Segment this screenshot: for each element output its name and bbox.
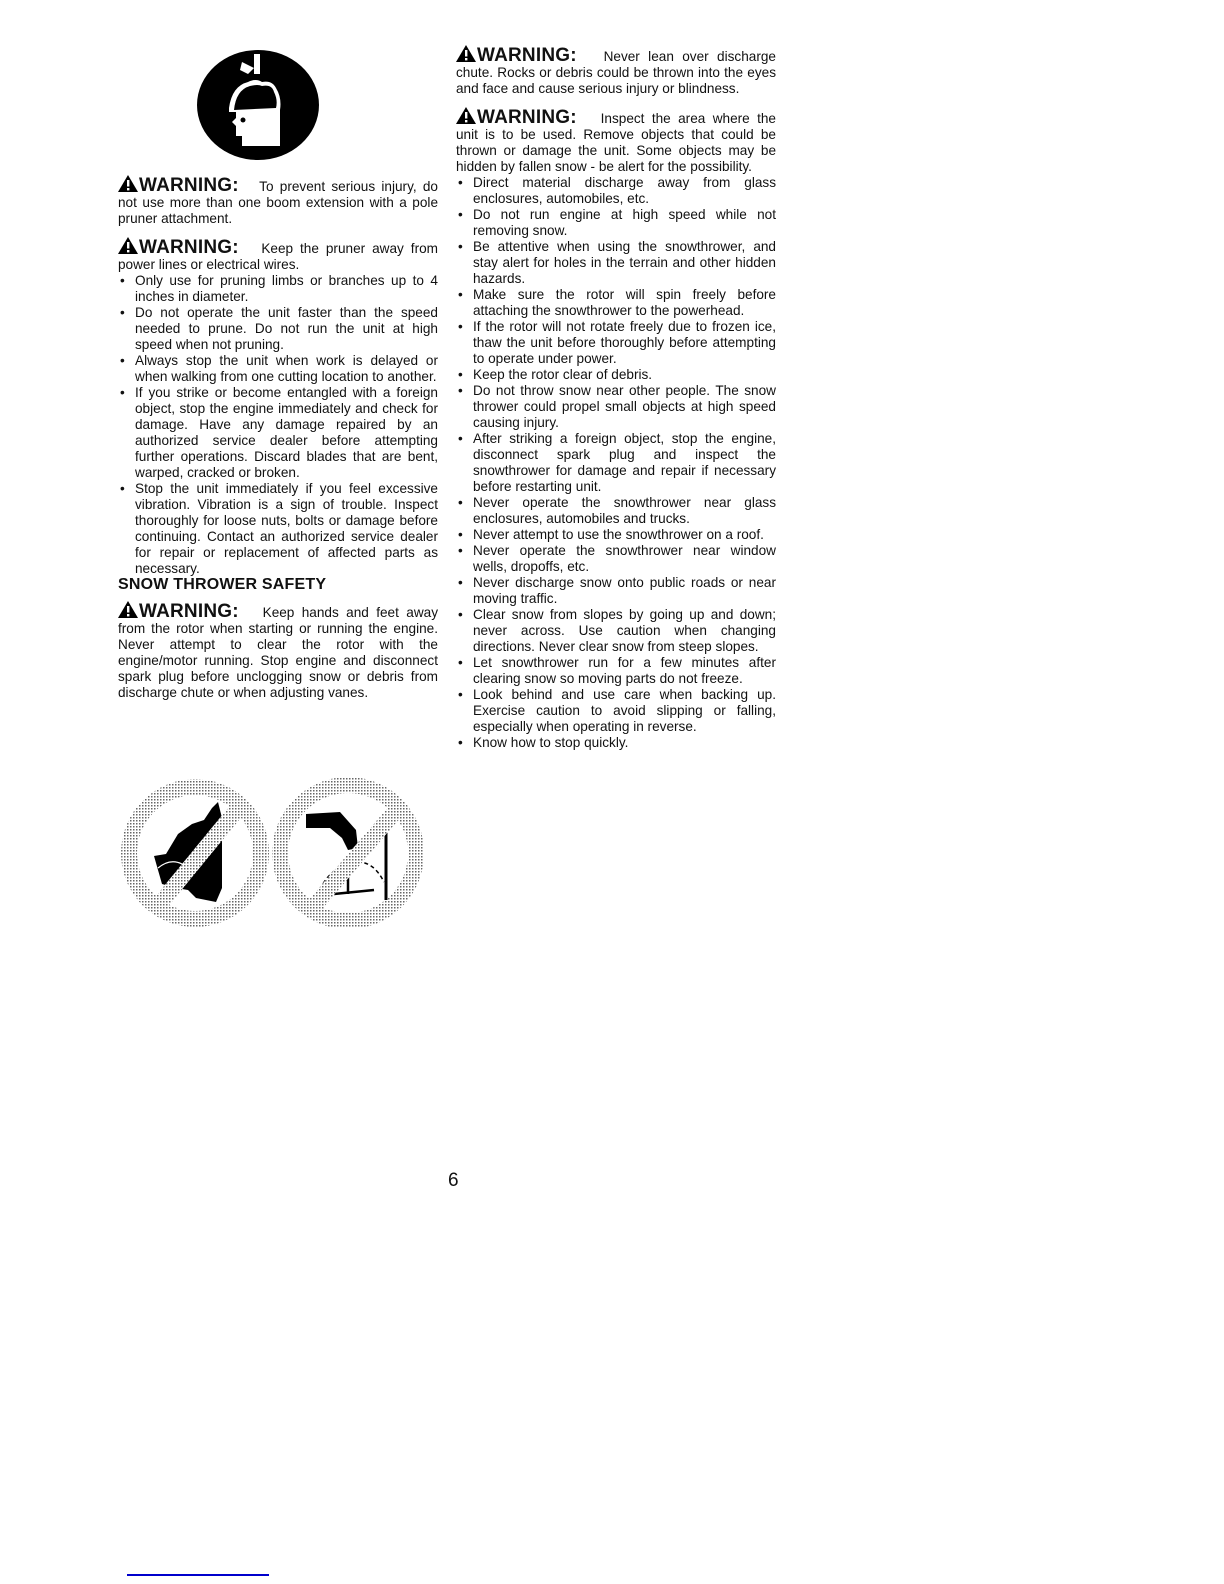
warning-triangle-icon: [118, 175, 138, 192]
list-item: Direct material discharge away from glas…: [456, 175, 776, 207]
warning-discharge-chute: WARNING: Never lean over discharge chute…: [456, 45, 776, 97]
list-item: If you strike or become entangled with a…: [118, 385, 438, 481]
warning-label: WARNING:: [477, 107, 577, 128]
warning-label: WARNING:: [477, 45, 577, 66]
list-item: Do not operate the unit faster than the …: [118, 305, 438, 353]
pruner-safety-list: Only use for pruning limbs or branches u…: [118, 273, 438, 577]
list-item: Keep the rotor clear of debris.: [456, 367, 776, 383]
no-hands-in-rotor-icon: [118, 778, 273, 928]
wear-head-protection-icon: [196, 48, 320, 160]
warning-label: WARNING:: [139, 175, 239, 196]
list-item: Never discharge snow onto public roads o…: [456, 575, 776, 607]
list-item: Never operate the snowthrower near glass…: [456, 495, 776, 527]
list-item: Make sure the rotor will spin freely bef…: [456, 287, 776, 319]
warning-triangle-icon: [456, 107, 476, 124]
page-number: 6: [448, 1170, 459, 1192]
list-item: After striking a foreign object, stop th…: [456, 431, 776, 495]
list-item: Never operate the snowthrower near windo…: [456, 543, 776, 575]
right-column: WARNING: Never lean over discharge chute…: [456, 45, 776, 751]
warning-hands-feet: WARNING: Keep hands and feet away from t…: [118, 601, 438, 701]
footer-link-underline[interactable]: [127, 1574, 269, 1576]
list-item: Look behind and use care when backing up…: [456, 687, 776, 735]
warning-triangle-icon: [118, 601, 138, 618]
list-item: Stop the unit immediately if you feel ex…: [118, 481, 438, 577]
warning-label: WARNING:: [139, 237, 239, 258]
list-item: Always stop the unit when work is delaye…: [118, 353, 438, 385]
warning-triangle-icon: [456, 45, 476, 62]
left-column: WARNING: To prevent serious injury, do n…: [118, 175, 438, 711]
snowthrower-safety-list: Direct material discharge away from glas…: [456, 175, 776, 751]
list-item: Clear snow from slopes by going up and d…: [456, 607, 776, 655]
list-item: Know how to stop quickly.: [456, 735, 776, 751]
no-feet-near-rotor-icon: [268, 778, 428, 928]
warning-triangle-icon: [118, 237, 138, 254]
section-title: SNOW THROWER SAFETY: [118, 577, 438, 593]
list-item: Do not run engine at high speed while no…: [456, 207, 776, 239]
list-item: Be attentive when using the snowthrower,…: [456, 239, 776, 287]
list-item: If the rotor will not rotate freely due …: [456, 319, 776, 367]
warning-power-lines: WARNING: Keep the pruner away from power…: [118, 237, 438, 273]
warning-inspect-area: WARNING: Inspect the area where the unit…: [456, 107, 776, 175]
warning-boom-extension: WARNING: To prevent serious injury, do n…: [118, 175, 438, 227]
list-item: Only use for pruning limbs or branches u…: [118, 273, 438, 305]
list-item: Do not throw snow near other people. The…: [456, 383, 776, 431]
list-item: Never attempt to use the snowthrower on …: [456, 527, 776, 543]
warning-label: WARNING:: [139, 601, 239, 622]
list-item: Let snowthrower run for a few minutes af…: [456, 655, 776, 687]
